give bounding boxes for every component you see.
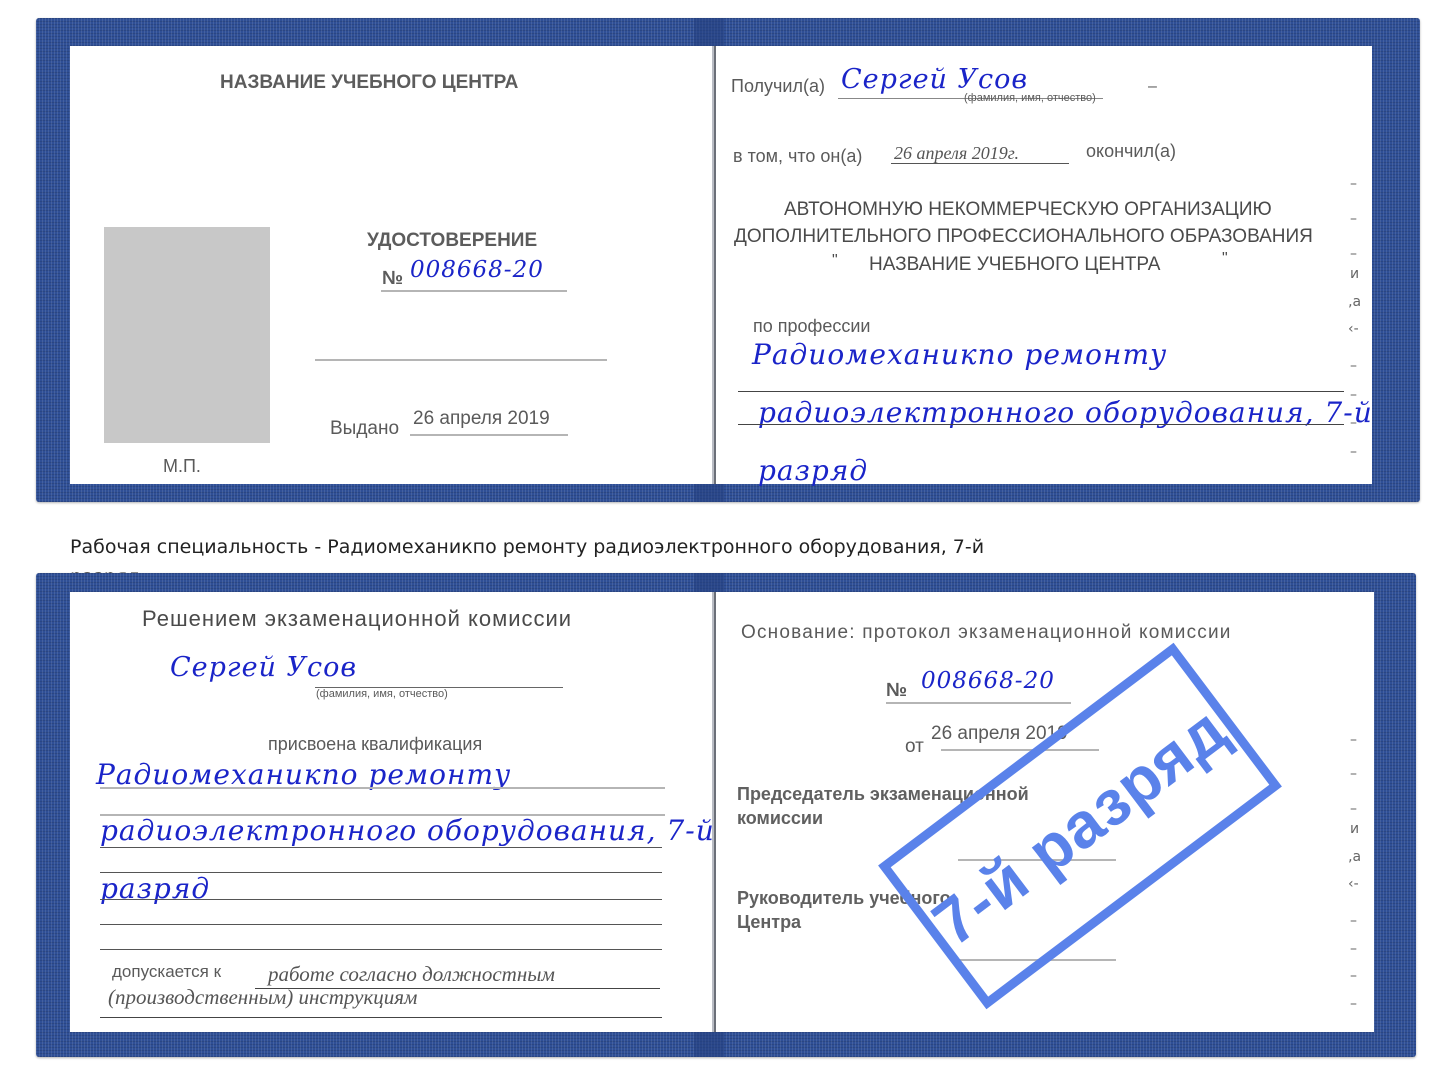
person-name: Сергей Усов <box>170 652 357 683</box>
recipient-name: Сергей Усов <box>841 64 1028 95</box>
qualification-line-2: радиоэлектронного оборудования, 7-й <box>100 814 715 847</box>
name-hint-bottom: (фамилия, имя, отчество) <box>316 688 448 700</box>
top-left-page: НАЗВАНИЕ УЧЕБНОГО ЦЕНТРА УДОСТОВЕРЕНИЕ №… <box>70 46 714 484</box>
completion-date-underline <box>891 163 1069 164</box>
admitted-line-1: работе согласно должностным <box>268 962 555 987</box>
org-line-1: АВТОНОМНУЮ НЕКОММЕРЧЕСКУЮ ОРГАНИЗАЦИЮ <box>784 199 1272 221</box>
org-header: НАЗВАНИЕ УЧЕБНОГО ЦЕНТРА <box>220 72 518 94</box>
number-underline <box>381 290 567 292</box>
profession-underline-2 <box>738 424 1344 425</box>
decision-header: Решением экзаменационной комиссии <box>142 606 572 632</box>
received-label: Получил(а) <box>731 76 825 97</box>
issued-date-underline <box>410 434 568 436</box>
admitted-line-2: (производственным) инструкциям <box>108 985 417 1010</box>
qualification-underline-5 <box>100 899 662 900</box>
doc-title: УДОСТОВЕРЕНИЕ <box>367 230 537 252</box>
protocol-number: 008668-20 <box>921 668 1055 694</box>
top-right-page: Получил(а) Сергей Усов – (фамилия, имя, … <box>714 46 1372 484</box>
admitted-label: допускается к <box>112 962 221 982</box>
photo-placeholder <box>104 227 270 443</box>
number-prefix: № <box>382 268 403 290</box>
completion-date: 26 апреля 2019г. <box>894 143 1019 164</box>
stamp-place-label: М.П. <box>163 456 201 477</box>
qualification-underline-6 <box>100 924 662 925</box>
qualification-underline-7 <box>100 949 662 950</box>
profession-line-3: разряд <box>758 454 868 487</box>
profession-underline-1 <box>738 391 1344 392</box>
chairman-line-2: комиссии <box>737 808 823 829</box>
org-line-2: ДОПОЛНИТЕЛЬНОГО ПРОФЕССИОНАЛЬНОГО ОБРАЗО… <box>734 226 1313 248</box>
name-hint: (фамилия, имя, отчество) <box>964 92 1096 104</box>
basis-header: Основание: протокол экзаменационной коми… <box>741 622 1232 644</box>
recipient-dash: – <box>1148 78 1157 96</box>
head-line-2: Центра <box>737 912 801 933</box>
admitted-underline-2 <box>100 1017 662 1018</box>
qualification-underline-1 <box>100 787 665 789</box>
profession-label: по профессии <box>753 316 870 337</box>
that-label: в том, что он(а) <box>733 146 862 167</box>
org-line-3-open-quote: " <box>832 252 838 270</box>
protocol-number-prefix: № <box>886 680 907 702</box>
issued-label: Выдано <box>330 418 399 440</box>
issued-date: 26 апреля 2019 <box>413 408 550 430</box>
qualification-label: присвоена квалификация <box>268 734 482 755</box>
certificate-number: 008668-20 <box>410 257 544 283</box>
org-line-3: НАЗВАНИЕ УЧЕБНОГО ЦЕНТРА <box>869 254 1161 276</box>
qualification-line-3: разряд <box>100 872 210 905</box>
blank-underline <box>315 359 607 361</box>
org-line-3-close-quote: " <box>1222 250 1228 268</box>
protocol-date-prefix: от <box>905 736 924 758</box>
qualification-underline-3 <box>100 847 662 848</box>
protocol-number-underline <box>886 702 1071 704</box>
bottom-left-page: Решением экзаменационной комиссии Сергей… <box>70 592 714 1032</box>
finished-label: окончил(а) <box>1086 141 1176 162</box>
profession-line-1: Радиомеханикпо ремонту <box>752 338 1167 371</box>
